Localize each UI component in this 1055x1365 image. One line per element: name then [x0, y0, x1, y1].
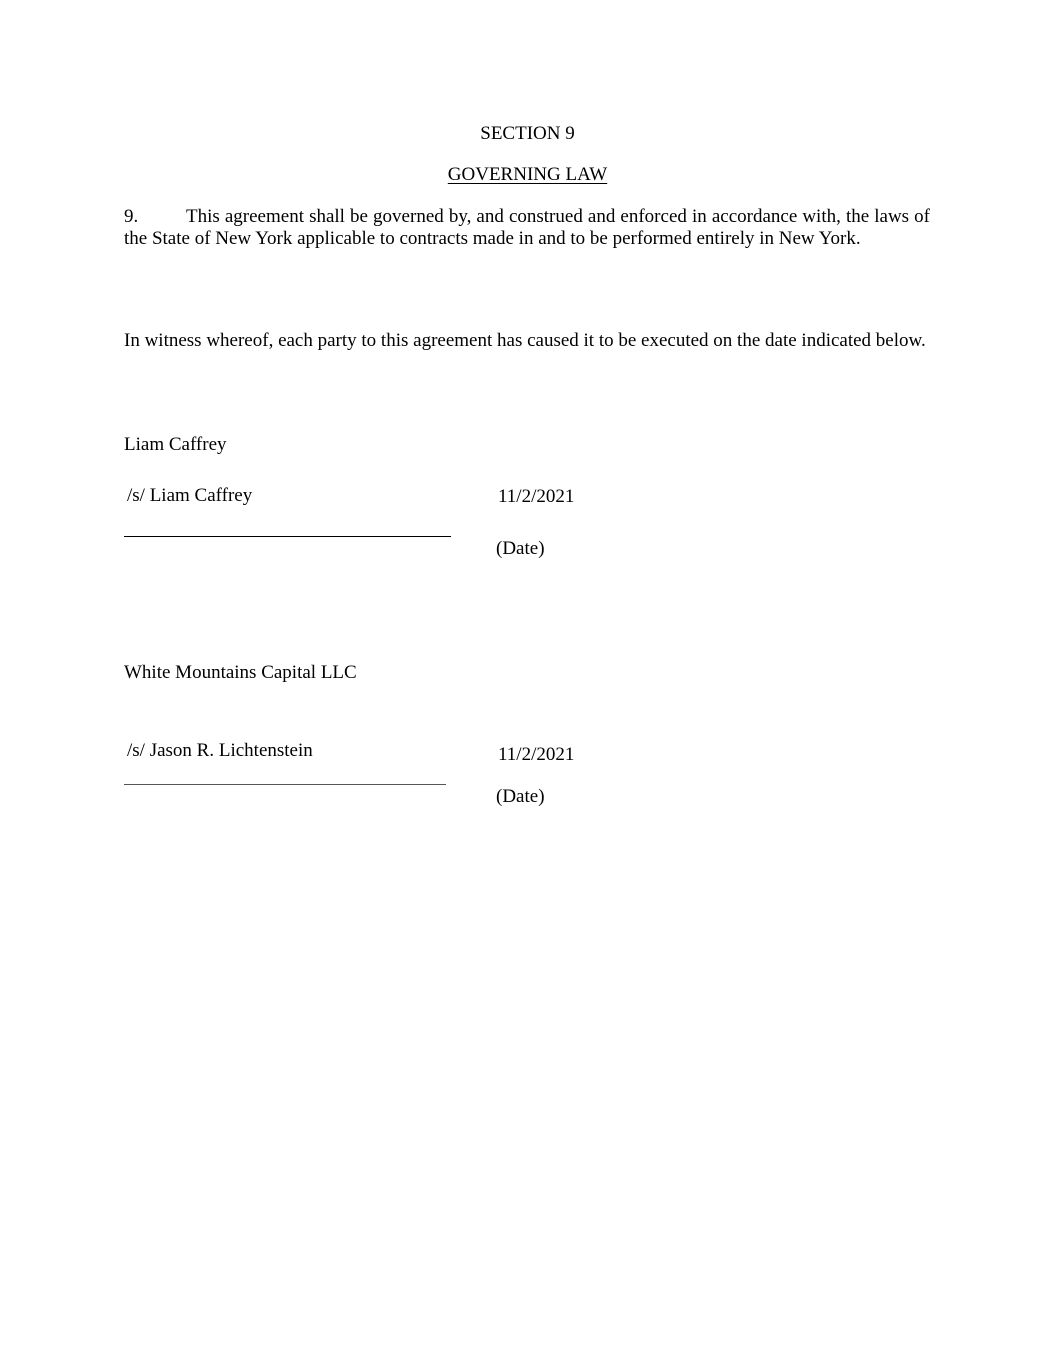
date-label: (Date) — [496, 786, 545, 808]
signature-date: 11/2/2021 — [498, 486, 574, 508]
section-title-heading: GOVERNING LAW — [0, 164, 1055, 186]
party-name: White Mountains Capital LLC — [124, 662, 357, 684]
section-number-heading: SECTION 9 — [0, 123, 1055, 145]
section-title-text: GOVERNING LAW — [448, 164, 607, 185]
signature-line — [124, 536, 451, 537]
witness-statement: In witness whereof, each party to this a… — [124, 330, 926, 352]
signature: /s/ Jason R. Lichtenstein — [127, 740, 313, 762]
date-label: (Date) — [496, 538, 545, 560]
signature-line — [124, 784, 446, 785]
clause-text: This agreement shall be governed by, and… — [124, 206, 930, 249]
signature-date: 11/2/2021 — [498, 744, 574, 766]
governing-law-clause: 9.This agreement shall be governed by, a… — [124, 206, 930, 250]
party-name: Liam Caffrey — [124, 434, 227, 456]
signature: /s/ Liam Caffrey — [127, 485, 252, 507]
clause-number: 9. — [124, 206, 186, 228]
